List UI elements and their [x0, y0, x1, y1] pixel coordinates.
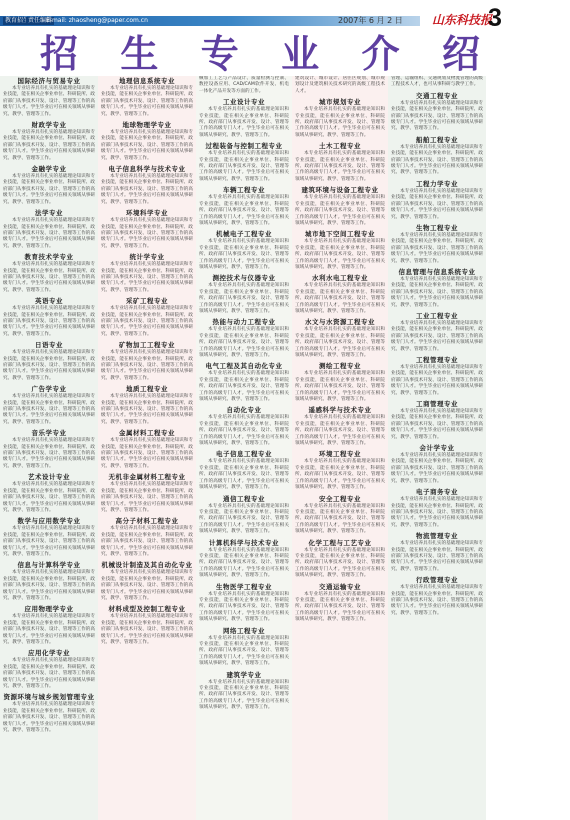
section-body: 本专业培养具有扎实的基础理论知识和专业技能，能在相关企事业单位、科研院所、政府部… [295, 415, 385, 447]
major-section: 交通运输专业本专业培养具有扎实的基础理论知识和专业技能，能在相关企事业单位、科研… [295, 582, 385, 624]
section-body: 本专业培养具有扎实的基础理论知识和专业技能，能在相关企事业单位、科研院所、政府部… [101, 130, 193, 162]
masthead-logo: 山东科技报 [432, 11, 492, 28]
major-section: 生物工程专业本专业培养具有扎实的基础理论知识和专业技能，能在相关企事业单位、科研… [391, 223, 483, 265]
title-char: 业 [281, 34, 319, 74]
major-section: 教育技术学专业本专业培养具有扎实的基础理论知识和专业技能，能在相关企事业单位、科… [3, 252, 95, 294]
major-section: 资源环境与城乡规划管理专业本专业培养具有扎实的基础理论知识和专业技能，能在相关企… [3, 692, 95, 734]
section-body: 本专业培养具有扎实的基础理论知识和专业技能，能在相关企事业单位、科研院所、政府部… [199, 459, 289, 491]
major-heading: 车辆工程专业 [199, 185, 289, 195]
major-heading: 电子信息科学与技术专业 [101, 164, 193, 174]
major-heading: 交通工程专业 [391, 91, 483, 101]
section-body: 本专业培养具有扎实的基础理论知识和专业技能，能在相关企事业单位、科研院所、政府部… [391, 497, 483, 529]
section-body: 本专业培养具有扎实的基础理论知识和专业技能，能在相关企事业单位、科研院所、政府部… [101, 570, 193, 602]
title-char: 绍 [442, 34, 480, 74]
major-section: 工程管理专业本专业培养具有扎实的基础理论知识和专业技能，能在相关企事业单位、科研… [391, 355, 483, 397]
major-heading: 工程管理专业 [391, 355, 483, 365]
major-section: 机械电子工程专业本专业培养具有扎实的基础理论知识和专业技能，能在相关企事业单位、… [199, 229, 289, 271]
major-heading: 遥感科学与技术专业 [295, 405, 385, 415]
major-section: 化学工程与工艺专业本专业培养具有扎实的基础理论知识和专业技能，能在相关企事业单位… [295, 538, 385, 580]
major-section: 遥感科学与技术专业本专业培养具有扎实的基础理论知识和专业技能，能在相关企事业单位… [295, 405, 385, 447]
continued-text: 械加工工艺与产品设计、质量检测与控制、数控设备应用、CAD/CAM软件开发、机电… [199, 76, 289, 95]
major-heading: 无机非金属材料工程专业 [101, 472, 193, 482]
major-heading: 机械电子工程专业 [199, 229, 289, 239]
major-section: 水文与水资源工程专业本专业培养具有扎实的基础理论知识和专业技能，能在相关企事业单… [295, 317, 385, 359]
major-heading: 统计学专业 [101, 252, 193, 262]
major-heading: 教育技术学专业 [3, 252, 95, 262]
section-body: 本专业培养具有扎实的基础理论知识和专业技能，能在相关企事业单位、科研院所、政府部… [391, 453, 483, 485]
major-heading: 工商管理专业 [391, 399, 483, 409]
section-body: 本专业培养具有扎实的基础理论知识和专业技能，能在相关企事业单位、科研院所、政府部… [101, 394, 193, 426]
major-section: 信息与计算科学专业本专业培养具有扎实的基础理论知识和专业技能，能在相关企事业单位… [3, 560, 95, 602]
major-heading: 应用物理学专业 [3, 604, 95, 614]
major-heading: 计算机科学与技术专业 [199, 538, 289, 548]
major-section: 数学与应用数学专业本专业培养具有扎实的基础理论知识和专业技能，能在相关企事业单位… [3, 516, 95, 558]
section-body: 本专业培养具有扎实的基础理论知识和专业技能，能在相关企事业单位、科研院所、政府部… [3, 262, 95, 294]
section-body: 本专业培养具有扎实的基础理论知识和专业技能，能在相关企事业单位、科研院所、政府部… [3, 306, 95, 338]
major-heading: 信息管理与信息系统专业 [391, 267, 483, 277]
major-section: 土木工程专业本专业培养具有扎实的基础理论知识和专业技能，能在相关企事业单位、科研… [295, 141, 385, 183]
major-section: 电子信息科学与技术专业本专业培养具有扎实的基础理论知识和专业技能，能在相关企事业… [101, 164, 193, 206]
section-body: 本专业培养具有扎实的基础理论知识和专业技能，能在相关企事业单位、科研院所、政府部… [199, 195, 289, 227]
section-body: 本专业培养具有扎实的基础理论知识和专业技能，能在相关企事业单位、科研院所、政府部… [391, 277, 483, 309]
major-section: 广告学专业本专业培养具有扎实的基础理论知识和专业技能，能在相关企事业单位、科研院… [3, 384, 95, 426]
major-heading: 信息与计算科学专业 [3, 560, 95, 570]
major-heading: 应用化学专业 [3, 648, 95, 658]
major-section: 工程力学专业本专业培养具有扎实的基础理论知识和专业技能，能在相关企事业单位、科研… [391, 179, 483, 221]
major-section: 热能与动力工程专业本专业培养具有扎实的基础理论知识和专业技能，能在相关企事业单位… [199, 317, 289, 359]
section-body: 本专业培养具有扎实的基础理论知识和专业技能，能在相关企事业单位、科研院所、政府部… [391, 365, 483, 397]
major-heading: 机械设计制造及其自动化专业 [101, 560, 193, 570]
major-section: 矿物加工工程专业本专业培养具有扎实的基础理论知识和专业技能，能在相关企事业单位、… [101, 340, 193, 382]
major-heading: 资源环境与城乡规划管理专业 [3, 692, 95, 702]
column-2: 地理信息系统专业本专业培养具有扎实的基础理论知识和专业技能，能在相关企事业单位、… [98, 76, 196, 820]
major-heading: 工业设计专业 [199, 97, 289, 107]
section-body: 本专业培养具有扎实的基础理论知识和专业技能，能在相关企事业单位、科研院所、政府部… [3, 86, 95, 118]
right-margin [486, 76, 570, 820]
major-heading: 矿物加工工程专业 [101, 340, 193, 350]
section-body: 本专业培养具有扎实的基础理论知识和专业技能，能在相关企事业单位、科研院所、政府部… [391, 321, 483, 353]
section-body: 本专业培养具有扎实的基础理论知识和专业技能，能在相关企事业单位、科研院所、政府部… [101, 482, 193, 514]
major-section: 网络工程专业本专业培养具有扎实的基础理论知识和专业技能，能在相关企事业单位、科研… [199, 626, 289, 668]
major-section: 英语专业本专业培养具有扎实的基础理论知识和专业技能，能在相关企事业单位、科研院所… [3, 296, 95, 338]
major-heading: 电气工程及其自动化专业 [199, 361, 289, 371]
major-heading: 化学工程与工艺专业 [295, 538, 385, 548]
title-char: 专 [201, 34, 239, 74]
section-body: 本专业培养具有扎实的基础理论知识和专业技能，能在相关企事业单位、科研院所、政府部… [391, 409, 483, 441]
section-body: 本专业培养具有扎实的基础理论知识和专业技能，能在相关企事业单位、科研院所、政府部… [199, 371, 289, 403]
section-body: 本专业培养具有扎实的基础理论知识和专业技能，能在相关企事业单位、科研院所、政府部… [199, 327, 289, 359]
major-heading: 水文与水资源工程专业 [295, 317, 385, 327]
major-heading: 城市规划专业 [295, 97, 385, 107]
major-heading: 过程装备与控制工程专业 [199, 141, 289, 151]
major-section: 日语专业本专业培养具有扎实的基础理论知识和专业技能，能在相关企事业单位、科研院所… [3, 340, 95, 382]
major-heading: 高分子材料工程专业 [101, 516, 193, 526]
major-heading: 电子信息工程专业 [199, 449, 289, 459]
section-body: 本专业培养具有扎实的基础理论知识和专业技能，能在相关企事业单位、科研院所、政府部… [3, 130, 95, 162]
section-body: 本专业培养具有扎实的基础理论知识和专业技能，能在相关企事业单位、科研院所、政府部… [101, 438, 193, 470]
section-body: 本专业培养具有扎实的基础理论知识和专业技能，能在相关企事业单位、科研院所、政府部… [3, 658, 95, 690]
major-section: 艺术设计专业本专业培养具有扎实的基础理论知识和专业技能，能在相关企事业单位、科研… [3, 472, 95, 514]
major-section: 环境工程专业本专业培养具有扎实的基础理论知识和专业技能，能在相关企事业单位、科研… [295, 449, 385, 491]
section-body: 本专业培养具有扎实的基础理论知识和专业技能，能在相关企事业单位、科研院所、政府部… [3, 526, 95, 558]
section-body: 本专业培养具有扎实的基础理论知识和专业技能，能在相关企事业单位、科研院所、政府部… [101, 174, 193, 206]
section-body: 械加工工艺与产品设计、质量检测与控制、数控设备应用、CAD/CAM软件开发、机电… [199, 76, 289, 95]
major-heading: 国际经济与贸易专业 [3, 76, 95, 86]
major-heading: 土木工程专业 [295, 141, 385, 151]
major-section: 地球物理学专业本专业培养具有扎实的基础理论知识和专业技能，能在相关企事业单位、科… [101, 120, 193, 162]
major-section: 计算机科学与技术专业本专业培养具有扎实的基础理论知识和专业技能，能在相关企事业单… [199, 538, 289, 580]
major-section: 环境科学专业本专业培养具有扎实的基础理论知识和专业技能，能在相关企事业单位、科研… [101, 208, 193, 250]
section-body: 本专业培养具有扎实的基础理论知识和专业技能，能在相关企事业单位、科研院所、政府部… [295, 459, 385, 491]
major-section: 过程装备与控制工程专业本专业培养具有扎实的基础理论知识和专业技能，能在相关企事业… [199, 141, 289, 183]
section-body: 建筑设计、城市设计、居住区规划、城市规划设计及建筑相关技术研究的高级工程技术人才… [295, 76, 385, 95]
major-section: 无机非金属材料工程专业本专业培养具有扎实的基础理论知识和专业技能，能在相关企事业… [101, 472, 193, 514]
article-columns: 国际经济与贸易专业本专业培养具有扎实的基础理论知识和专业技能，能在相关企事业单位… [0, 76, 570, 820]
major-section: 电气工程及其自动化专业本专业培养具有扎实的基础理论知识和专业技能，能在相关企事业… [199, 361, 289, 403]
major-section: 地质工程专业本专业培养具有扎实的基础理论知识和专业技能，能在相关企事业单位、科研… [101, 384, 193, 426]
major-section: 交通工程专业本专业培养具有扎实的基础理论知识和专业技能，能在相关企事业单位、科研… [391, 91, 483, 133]
section-body: 本专业培养具有扎实的基础理论知识和专业技能，能在相关企事业单位、科研院所、政府部… [199, 283, 289, 315]
section-body: 本专业培养具有扎实的基础理论知识和专业技能，能在相关企事业单位、科研院所、政府部… [199, 107, 289, 139]
major-section: 测控技术与仪器专业本专业培养具有扎实的基础理论知识和专业技能，能在相关企事业单位… [199, 273, 289, 315]
major-section: 应用物理学专业本专业培养具有扎实的基础理论知识和专业技能，能在相关企事业单位、科… [3, 604, 95, 646]
major-section: 金属材料工程专业本专业培养具有扎实的基础理论知识和专业技能，能在相关企事业单位、… [101, 428, 193, 470]
section-body: 本专业培养具有扎实的基础理论知识和专业技能，能在相关企事业单位、科研院所、政府部… [295, 327, 385, 359]
major-heading: 金属材料工程专业 [101, 428, 193, 438]
section-body: 本专业培养具有扎实的基础理论知识和专业技能，能在相关企事业单位、科研院所、政府部… [199, 548, 289, 580]
major-section: 应用化学专业本专业培养具有扎实的基础理论知识和专业技能，能在相关企事业单位、科研… [3, 648, 95, 690]
section-body: 本专业培养具有扎实的基础理论知识和专业技能，能在相关企事业单位、科研院所、政府部… [101, 526, 193, 558]
section-body: 本专业培养具有扎实的基础理论知识和专业技能，能在相关企事业单位、科研院所、政府部… [101, 614, 193, 646]
section-body: 本专业培养具有扎实的基础理论知识和专业技能，能在相关企事业单位、科研院所、政府部… [101, 306, 193, 338]
major-heading: 法学专业 [3, 208, 95, 218]
title-char: 介 [362, 34, 400, 74]
major-section: 安全工程专业本专业培养具有扎实的基础理论知识和专业技能，能在相关企事业单位、科研… [295, 494, 385, 536]
major-heading: 测控技术与仪器专业 [199, 273, 289, 283]
section-body: 本专业培养具有扎实的基础理论知识和专业技能，能在相关企事业单位、科研院所、政府部… [101, 218, 193, 250]
major-heading: 财政学专业 [3, 120, 95, 130]
major-heading: 生物工程专业 [391, 223, 483, 233]
major-heading: 通信工程专业 [199, 494, 289, 504]
major-section: 采矿工程专业本专业培养具有扎实的基础理论知识和专业技能，能在相关企事业单位、科研… [101, 296, 193, 338]
section-body: 本专业培养具有扎实的基础理论知识和专业技能，能在相关企事业单位、科研院所、政府部… [391, 541, 483, 573]
section-body: 本专业培养具有扎实的基础理论知识和专业技能，能在相关企事业单位、科研院所、政府部… [101, 86, 193, 118]
major-heading: 网络工程专业 [199, 626, 289, 636]
major-section: 城市地下空间工程专业本专业培养具有扎实的基础理论知识和专业技能，能在相关企事业单… [295, 229, 385, 271]
major-heading: 工程力学专业 [391, 179, 483, 189]
major-heading: 生物医学工程专业 [199, 582, 289, 592]
column-5: 管理、运输组织、交通规划及物流管理的高级工程技术人才，也可从事科研与教学工作。交… [388, 76, 486, 820]
major-section: 生物医学工程专业本专业培养具有扎实的基础理论知识和专业技能，能在相关企事业单位、… [199, 582, 289, 624]
major-section: 车辆工程专业本专业培养具有扎实的基础理论知识和专业技能，能在相关企事业单位、科研… [199, 185, 289, 227]
section-body: 本专业培养具有扎实的基础理论知识和专业技能，能在相关企事业单位、科研院所、政府部… [199, 504, 289, 536]
major-section: 电子商务专业本专业培养具有扎实的基础理论知识和专业技能，能在相关企事业单位、科研… [391, 487, 483, 529]
major-section: 测绘工程专业本专业培养具有扎实的基础理论知识和专业技能，能在相关企事业单位、科研… [295, 361, 385, 403]
section-body: 本专业培养具有扎实的基础理论知识和专业技能，能在相关企事业单位、科研院所、政府部… [295, 504, 385, 536]
major-heading: 热能与动力工程专业 [199, 317, 289, 327]
major-heading: 安全工程专业 [295, 494, 385, 504]
section-body: 本专业培养具有扎实的基础理论知识和专业技能，能在相关企事业单位、科研院所、政府部… [295, 151, 385, 183]
major-section: 建筑环境与设备工程专业本专业培养具有扎实的基础理论知识和专业技能，能在相关企事业… [295, 185, 385, 227]
major-heading: 环境工程专业 [295, 449, 385, 459]
title-char: 生 [120, 34, 158, 74]
issue-date: 2007年 6 月 2 日 [338, 15, 403, 26]
continued-text: 建筑设计、城市设计、居住区规划、城市规划设计及建筑相关技术研究的高级工程技术人才… [295, 76, 385, 95]
section-body: 管理、运输组织、交通规划及物流管理的高级工程技术人才，也可从事科研与教学工作。 [391, 76, 483, 89]
section-body: 本专业培养具有扎实的基础理论知识和专业技能，能在相关企事业单位、科研院所、政府部… [295, 548, 385, 580]
major-heading: 日语专业 [3, 340, 95, 350]
section-body: 本专业培养具有扎实的基础理论知识和专业技能，能在相关企事业单位、科研院所、政府部… [199, 636, 289, 668]
major-heading: 物流管理专业 [391, 531, 483, 541]
section-body: 本专业培养具有扎实的基础理论知识和专业技能，能在相关企事业单位、科研院所、政府部… [101, 262, 193, 294]
section-body: 本专业培养具有扎实的基础理论知识和专业技能，能在相关企事业单位、科研院所、政府部… [199, 415, 289, 447]
section-body: 本专业培养具有扎实的基础理论知识和专业技能，能在相关企事业单位、科研院所、政府部… [391, 145, 483, 177]
major-section: 国际经济与贸易专业本专业培养具有扎实的基础理论知识和专业技能，能在相关企事业单位… [3, 76, 95, 118]
major-section: 机械设计制造及其自动化专业本专业培养具有扎实的基础理论知识和专业技能，能在相关企… [101, 560, 193, 602]
major-section: 财政学专业本专业培养具有扎实的基础理论知识和专业技能，能在相关企事业单位、科研院… [3, 120, 95, 162]
major-heading: 广告学专业 [3, 384, 95, 394]
major-section: 城市规划专业本专业培养具有扎实的基础理论知识和专业技能，能在相关企事业单位、科研… [295, 97, 385, 139]
section-body: 本专业培养具有扎实的基础理论知识和专业技能，能在相关企事业单位、科研院所、政府部… [295, 239, 385, 271]
major-heading: 金融学专业 [3, 164, 95, 174]
major-heading: 采矿工程专业 [101, 296, 193, 306]
section-body: 本专业培养具有扎实的基础理论知识和专业技能，能在相关企事业单位、科研院所、政府部… [391, 233, 483, 265]
major-heading: 行政管理专业 [391, 575, 483, 585]
major-heading: 地球物理学专业 [101, 120, 193, 130]
section-body: 本专业培养具有扎实的基础理论知识和专业技能，能在相关企事业单位、科研院所、政府部… [3, 614, 95, 646]
major-heading: 工业工程专业 [391, 311, 483, 321]
section-body: 本专业培养具有扎实的基础理论知识和专业技能，能在相关企事业单位、科研院所、政府部… [199, 680, 289, 712]
major-section: 信息管理与信息系统专业本专业培养具有扎实的基础理论知识和专业技能，能在相关企事业… [391, 267, 483, 309]
section-body: 本专业培养具有扎实的基础理论知识和专业技能，能在相关企事业单位、科研院所、政府部… [295, 592, 385, 624]
major-section: 通信工程专业本专业培养具有扎实的基础理论知识和专业技能，能在相关企事业单位、科研… [199, 494, 289, 536]
section-body: 本专业培养具有扎实的基础理论知识和专业技能，能在相关企事业单位、科研院所、政府部… [3, 394, 95, 426]
major-section: 水利水电工程专业本专业培养具有扎实的基础理论知识和专业技能，能在相关企事业单位、… [295, 273, 385, 315]
section-body: 本专业培养具有扎实的基础理论知识和专业技能，能在相关企事业单位、科研院所、政府部… [3, 438, 95, 470]
section-body: 本专业培养具有扎实的基础理论知识和专业技能，能在相关企事业单位、科研院所、政府部… [295, 195, 385, 227]
major-section: 物流管理专业本专业培养具有扎实的基础理论知识和专业技能，能在相关企事业单位、科研… [391, 531, 483, 573]
major-heading: 城市地下空间工程专业 [295, 229, 385, 239]
major-section: 建筑学专业本专业培养具有扎实的基础理论知识和专业技能，能在相关企事业单位、科研院… [199, 670, 289, 712]
major-heading: 会计学专业 [391, 443, 483, 453]
section-body: 本专业培养具有扎实的基础理论知识和专业技能，能在相关企事业单位、科研院所、政府部… [295, 107, 385, 139]
section-body: 本专业培养具有扎实的基础理论知识和专业技能，能在相关企事业单位、科研院所、政府部… [199, 592, 289, 624]
column-4: 建筑设计、城市设计、居住区规划、城市规划设计及建筑相关技术研究的高级工程技术人才… [292, 76, 388, 820]
major-section: 工商管理专业本专业培养具有扎实的基础理论知识和专业技能，能在相关企事业单位、科研… [391, 399, 483, 441]
major-heading: 测绘工程专业 [295, 361, 385, 371]
section-body: 本专业培养具有扎实的基础理论知识和专业技能，能在相关企事业单位、科研院所、政府部… [3, 350, 95, 382]
section-body: 本专业培养具有扎实的基础理论知识和专业技能，能在相关企事业单位、科研院所、政府部… [199, 239, 289, 271]
major-heading: 数学与应用数学专业 [3, 516, 95, 526]
major-heading: 船舶工程专业 [391, 135, 483, 145]
major-heading: 艺术设计专业 [3, 472, 95, 482]
major-heading: 英语专业 [3, 296, 95, 306]
major-heading: 地理信息系统专业 [101, 76, 193, 86]
major-section: 音乐学专业本专业培养具有扎实的基础理论知识和专业技能，能在相关企事业单位、科研院… [3, 428, 95, 470]
page-title: 招 生 专 业 介 绍 [40, 34, 480, 74]
major-section: 工业工程专业本专业培养具有扎实的基础理论知识和专业技能，能在相关企事业单位、科研… [391, 311, 483, 353]
major-heading: 建筑学专业 [199, 670, 289, 680]
major-section: 法学专业本专业培养具有扎实的基础理论知识和专业技能，能在相关企事业单位、科研院所… [3, 208, 95, 250]
major-section: 工业设计专业本专业培养具有扎实的基础理论知识和专业技能，能在相关企事业单位、科研… [199, 97, 289, 139]
section-body: 本专业培养具有扎实的基础理论知识和专业技能，能在相关企事业单位、科研院所、政府部… [3, 702, 95, 734]
section-body: 本专业培养具有扎实的基础理论知识和专业技能，能在相关企事业单位、科研院所、政府部… [391, 189, 483, 221]
section-body: 本专业培养具有扎实的基础理论知识和专业技能，能在相关企事业单位、科研院所、政府部… [3, 570, 95, 602]
major-heading: 交通运输专业 [295, 582, 385, 592]
section-body: 本专业培养具有扎实的基础理论知识和专业技能，能在相关企事业单位、科研院所、政府部… [3, 174, 95, 206]
major-section: 材料成型及控制工程专业本专业培养具有扎实的基础理论知识和专业技能，能在相关企事业… [101, 604, 193, 646]
email-text: E-mail: zhaosheng@paper.com.cn [46, 17, 148, 25]
major-section: 电子信息工程专业本专业培养具有扎实的基础理论知识和专业技能，能在相关企事业单位、… [199, 449, 289, 491]
column-1: 国际经济与贸易专业本专业培养具有扎实的基础理论知识和专业技能，能在相关企事业单位… [0, 76, 98, 820]
section-body: 本专业培养具有扎实的基础理论知识和专业技能，能在相关企事业单位、科研院所、政府部… [101, 350, 193, 382]
major-section: 地理信息系统专业本专业培养具有扎实的基础理论知识和专业技能，能在相关企事业单位、… [101, 76, 193, 118]
major-section: 自动化专业本专业培养具有扎实的基础理论知识和专业技能，能在相关企事业单位、科研院… [199, 405, 289, 447]
section-body: 本专业培养具有扎实的基础理论知识和专业技能，能在相关企事业单位、科研院所、政府部… [3, 482, 95, 514]
section-body: 本专业培养具有扎实的基础理论知识和专业技能，能在相关企事业单位、科研院所、政府部… [391, 101, 483, 133]
major-section: 会计学专业本专业培养具有扎实的基础理论知识和专业技能，能在相关企事业单位、科研院… [391, 443, 483, 485]
title-char: 招 [40, 34, 78, 74]
section-body: 本专业培养具有扎实的基础理论知识和专业技能，能在相关企事业单位、科研院所、政府部… [295, 283, 385, 315]
column-3: 械加工工艺与产品设计、质量检测与控制、数控设备应用、CAD/CAM软件开发、机电… [196, 76, 292, 820]
major-heading: 水利水电工程专业 [295, 273, 385, 283]
section-body: 本专业培养具有扎实的基础理论知识和专业技能，能在相关企事业单位、科研院所、政府部… [295, 371, 385, 403]
major-heading: 材料成型及控制工程专业 [101, 604, 193, 614]
page-number: 3 [488, 4, 502, 33]
major-section: 统计学专业本专业培养具有扎实的基础理论知识和专业技能，能在相关企事业单位、科研院… [101, 252, 193, 294]
major-section: 船舶工程专业本专业培养具有扎实的基础理论知识和专业技能，能在相关企事业单位、科研… [391, 135, 483, 177]
major-heading: 建筑环境与设备工程专业 [295, 185, 385, 195]
major-heading: 环境科学专业 [101, 208, 193, 218]
major-heading: 电子商务专业 [391, 487, 483, 497]
major-section: 金融学专业本专业培养具有扎实的基础理论知识和专业技能，能在相关企事业单位、科研院… [3, 164, 95, 206]
section-body: 本专业培养具有扎实的基础理论知识和专业技能，能在相关企事业单位、科研院所、政府部… [391, 585, 483, 617]
major-section: 行政管理专业本专业培养具有扎实的基础理论知识和专业技能，能在相关企事业单位、科研… [391, 575, 483, 617]
major-heading: 音乐学专业 [3, 428, 95, 438]
continued-text: 管理、运输组织、交通规划及物流管理的高级工程技术人才，也可从事科研与教学工作。 [391, 76, 483, 89]
section-body: 本专业培养具有扎实的基础理论知识和专业技能，能在相关企事业单位、科研院所、政府部… [3, 218, 95, 250]
section-body: 本专业培养具有扎实的基础理论知识和专业技能，能在相关企事业单位、科研院所、政府部… [199, 151, 289, 183]
major-heading: 地质工程专业 [101, 384, 193, 394]
major-section: 高分子材料工程专业本专业培养具有扎实的基础理论知识和专业技能，能在相关企事业单位… [101, 516, 193, 558]
major-heading: 自动化专业 [199, 405, 289, 415]
